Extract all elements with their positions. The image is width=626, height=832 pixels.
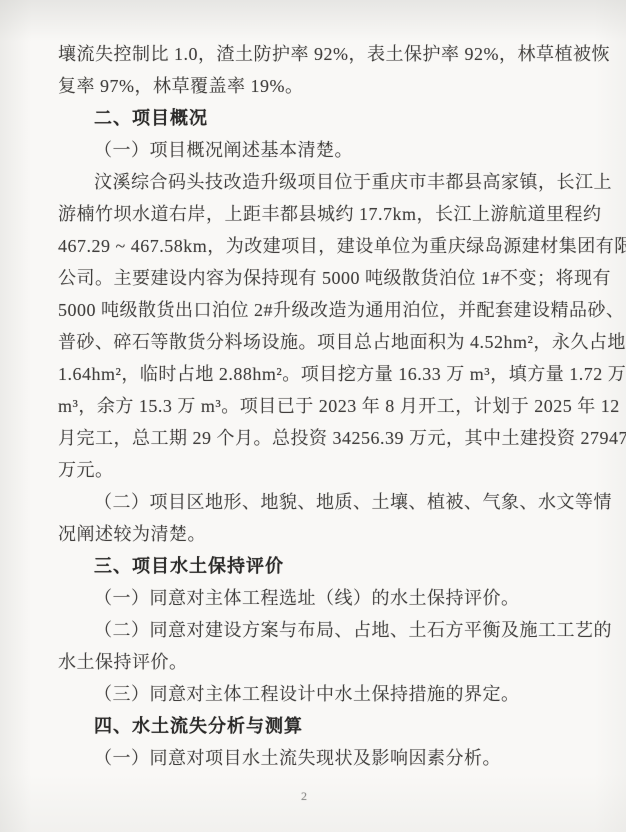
section-heading: 二、项目概况 bbox=[58, 102, 570, 134]
body-text-line: 壤流失控制比 1.0，渣土防护率 92%，表土保护率 92%，林草植被恢 bbox=[58, 38, 570, 70]
body-text-line: （一）项目概况阐述基本清楚。 bbox=[58, 134, 570, 166]
body-text-line: m³，余方 15.3 万 m³。项目已于 2023 年 8 月开工，计划于 20… bbox=[58, 390, 570, 422]
section-heading: 三、项目水土保持评价 bbox=[58, 550, 570, 582]
body-text-line: （一）同意对主体工程选址（线）的水土保持评价。 bbox=[58, 582, 570, 614]
scanned-document-page: 壤流失控制比 1.0，渣土防护率 92%，表土保护率 92%，林草植被恢复率 9… bbox=[0, 0, 626, 832]
body-text-line: （二）项目区地形、地貌、地质、土壤、植被、气象、水文等情 bbox=[58, 486, 570, 518]
body-text-line: （三）同意对主体工程设计中水土保持措施的界定。 bbox=[58, 678, 570, 710]
document-text-block: 壤流失控制比 1.0，渣土防护率 92%，表土保护率 92%，林草植被恢复率 9… bbox=[58, 38, 570, 774]
body-text-line: 5000 吨级散货出口泊位 2#升级改造为通用泊位，并配套建设精品砂、 bbox=[58, 294, 570, 326]
body-text-line: 万元。 bbox=[58, 454, 570, 486]
section-heading: 四、水土流失分析与测算 bbox=[58, 710, 570, 742]
body-text-line: 1.64hm²，临时占地 2.88hm²。项目挖方量 16.33 万 m³，填方… bbox=[58, 358, 570, 390]
body-text-line: 汶溪综合码头技改造升级项目位于重庆市丰都县高家镇，长江上 bbox=[58, 166, 570, 198]
body-text-line: 况阐述较为清楚。 bbox=[58, 518, 570, 550]
body-text-line: 复率 97%，林草覆盖率 19%。 bbox=[58, 70, 570, 102]
body-text-line: （一）同意对项目水土流失现状及影响因素分析。 bbox=[58, 742, 570, 774]
body-text-line: （二）同意对建设方案与布局、占地、土石方平衡及施工工艺的 bbox=[58, 614, 570, 646]
page-number: 2 bbox=[0, 789, 608, 804]
body-text-line: 普砂、碎石等散货分料场设施。项目总占地面积为 4.52hm²，永久占地 bbox=[58, 326, 570, 358]
body-text-line: 水土保持评价。 bbox=[58, 646, 570, 678]
body-text-line: 公司。主要建设内容为保持现有 5000 吨级散货泊位 1#不变；将现有 bbox=[58, 262, 570, 294]
body-text-line: 月完工，总工期 29 个月。总投资 34256.39 万元，其中土建投资 279… bbox=[58, 422, 570, 454]
body-text-line: 467.29 ~ 467.58km，为改建项目，建设单位为重庆绿岛源建材集团有限 bbox=[58, 230, 570, 262]
body-text-line: 游楠竹坝水道右岸，上距丰都县城约 17.7km，长江上游航道里程约 bbox=[58, 198, 570, 230]
